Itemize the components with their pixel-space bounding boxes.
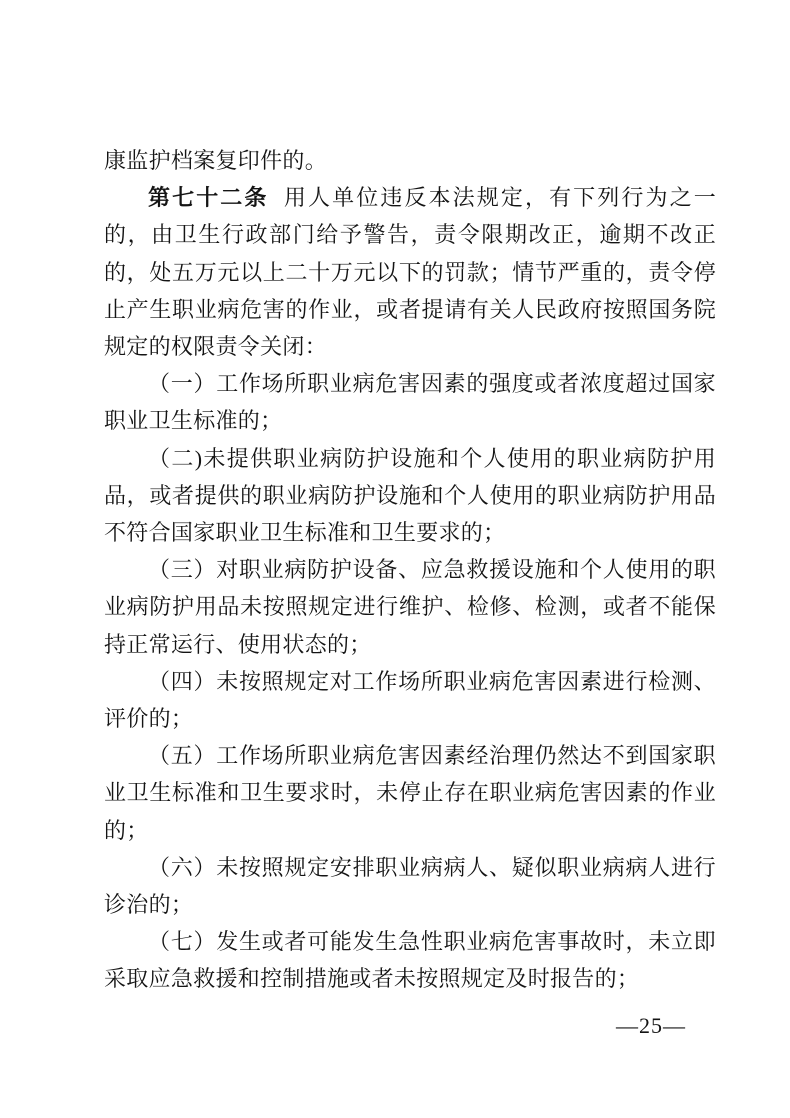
paragraph-item-3: （三）对职业病防护设备、应急救援设施和个人使用的职业病防护用品未按照规定进行维护…	[104, 551, 716, 663]
paragraph-item-7: （七）发生或者可能发生急性职业病危害事故时，未立即采取应急救援和控制措施或者未按…	[104, 923, 716, 997]
paragraph-item-2: （二)未提供职业病防护设施和个人使用的职业病防护用品，或者提供的职业病防护设施和…	[104, 440, 716, 552]
scanned-document-page: 康监护档案复印件的。 第七十二条用人单位违反本法规定，有下列行为之一的，由卫生行…	[0, 0, 790, 1118]
paragraph-item-6: （六）未按照规定安排职业病病人、疑似职业病病人进行诊治的；	[104, 849, 716, 923]
page-number: —25—	[616, 1013, 686, 1039]
document-body: 康监护档案复印件的。 第七十二条用人单位违反本法规定，有下列行为之一的，由卫生行…	[104, 142, 716, 998]
paragraph-continuation: 康监护档案复印件的。	[104, 142, 716, 179]
paragraph-item-4: （四）未按照规定对工作场所职业病危害因素进行检测、评价的；	[104, 663, 716, 737]
article-number: 第七十二条	[148, 185, 269, 210]
article-text: 用人单位违反本法规定，有下列行为之一的，由卫生行政部门给予警告，责令限期改正，逾…	[104, 185, 716, 359]
paragraph-item-1: （一）工作场所职业病危害因素的强度或者浓度超过国家职业卫生标准的；	[104, 365, 716, 439]
paragraph-article-72: 第七十二条用人单位违反本法规定，有下列行为之一的，由卫生行政部门给予警告，责令限…	[104, 179, 716, 365]
paragraph-item-5: （五）工作场所职业病危害因素经治理仍然达不到国家职业卫生标准和卫生要求时，未停止…	[104, 737, 716, 849]
